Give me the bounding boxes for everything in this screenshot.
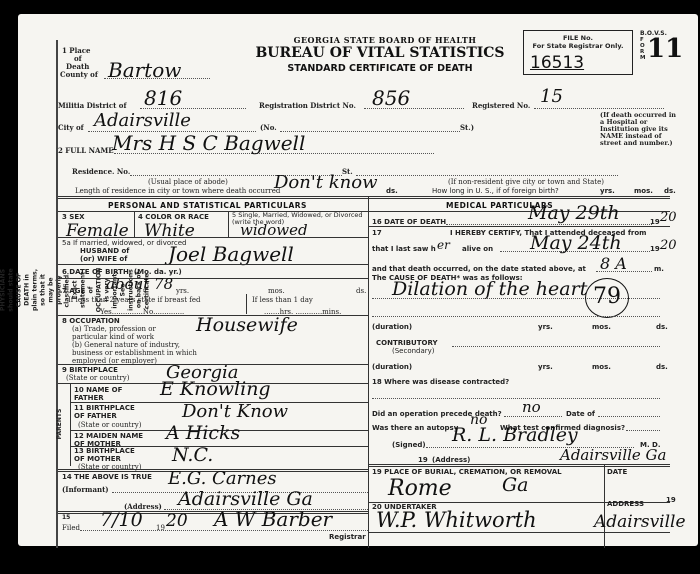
informant-heading: 14 THE ABOVE IS TRUE (62, 473, 152, 481)
militia-label: Militia District of (58, 102, 126, 110)
birthplace-sub: (State or country) (66, 374, 129, 382)
age-ds: ds. (356, 287, 366, 295)
breast-fed-label: If less than 2 years state if breast fed (68, 296, 201, 304)
physician-address-num: 19 (418, 456, 428, 464)
father-bp-sub: (State or country) (78, 421, 141, 429)
hospital-note: (If death occurred in a Hospital or Inst… (600, 112, 680, 147)
dod-year-prefix: 19 (650, 218, 660, 226)
father-bp-value: Don't Know (182, 401, 288, 422)
informant-value: E.G. Carnes (168, 468, 277, 489)
contracted-label: 18 Where was disease contracted? (372, 378, 509, 386)
date-of-death-value: May 29th (528, 202, 620, 224)
form-word: FORM (640, 37, 645, 61)
street-st-label: St.) (460, 124, 474, 132)
father-value: E Knowling (160, 378, 271, 400)
duration-mos: mos. (592, 323, 611, 331)
spouse-value: Joel Bagwell (168, 242, 294, 266)
usual-abode-note: (Usual place of abode) (148, 178, 228, 186)
sex-divider (134, 211, 135, 237)
undertaker-address-label: ADDRESS (607, 500, 644, 508)
signed-label: (Signed) (392, 441, 426, 449)
occurred-label: and that death occurred, on the date sta… (372, 265, 586, 273)
file-sub-label: For State Registrar Only. (524, 42, 632, 50)
last-saw-year-prefix: 19 (650, 245, 660, 253)
us-yrs: yrs. (600, 187, 615, 195)
filed-date: 7/10 (100, 509, 143, 531)
center-divider (368, 196, 369, 548)
time-m: m. (654, 265, 664, 273)
occupation-a-label: (a) Trade, profession or particular kind… (72, 325, 192, 341)
last-saw-date: May 24th (530, 232, 622, 254)
last-saw-year: 20 (660, 238, 677, 253)
filed-label: Filed (62, 524, 80, 532)
time-value: 8 A (600, 254, 627, 273)
bureau-title: BUREAU OF VITAL STATISTICS (230, 45, 530, 61)
alive-on-label: alive on (462, 245, 493, 253)
physician-address: Adairsville Ga (560, 446, 666, 464)
length-label: Length of residence in city or town wher… (75, 187, 280, 195)
undertaker-address: Adairsville (594, 512, 686, 532)
row-rule (58, 237, 368, 238)
duration2-ds: ds. (656, 363, 668, 371)
cause-line-2 (372, 316, 660, 317)
row-rule (368, 226, 670, 227)
duration2-mos: mos. (592, 363, 611, 371)
reg-district-label: Registration District No. (259, 102, 356, 110)
militia-value: 816 (144, 86, 182, 110)
us-mos: mos. (634, 187, 653, 195)
age-mos: mos. (268, 287, 285, 295)
parents-divider (70, 383, 71, 466)
informant-label: (Informant) (62, 486, 109, 494)
registered-line (534, 108, 664, 109)
section-rule (58, 196, 670, 199)
street-line (280, 131, 460, 132)
cause-value: Dilation of the heart (392, 278, 587, 300)
duration-label: (duration) (372, 323, 412, 331)
age-divider (246, 294, 247, 314)
file-label: FILE No. (524, 34, 632, 42)
us-ds: ds. (664, 187, 676, 195)
filed-year-prefix: 19 (156, 524, 165, 532)
date-of-line (598, 416, 660, 417)
registered-label: Registered No. (472, 102, 530, 110)
race-value: White (144, 221, 195, 241)
undertaker-name: W.P. Whitworth (376, 508, 537, 532)
last-saw-label: that I last saw h (372, 245, 436, 253)
physician-address-label: (Address) (432, 456, 470, 464)
filed-num: 15 (62, 514, 70, 522)
duration-yrs: yrs. (538, 323, 553, 331)
burial-date-label: DATE (607, 468, 627, 476)
age-label: 7 AGE (62, 287, 85, 295)
mother-bp-label: 13 BIRTHPLACE OF MOTHER (74, 447, 144, 463)
row-rule (58, 278, 368, 279)
city-label: City of (58, 124, 84, 132)
burial-place: Rome (388, 476, 452, 501)
file-number: 16513 (530, 53, 584, 73)
duration2-yrs: yrs. (538, 363, 553, 371)
date-of-death-line (446, 224, 652, 225)
occupation-label: 8 OCCUPATION (62, 317, 120, 325)
county-label: County of (60, 71, 98, 79)
cause-code: 79 (593, 284, 621, 309)
birthplace-label: 9 BIRTHPLACE (62, 366, 118, 374)
instructions-sidenote: N. B.—Every item of information should b… (22, 40, 56, 540)
operation-line (504, 416, 562, 417)
test-line (626, 430, 660, 431)
parents-label: PARENTS (56, 404, 64, 444)
father-label: 10 NAME OF FATHER (74, 386, 134, 402)
form-number: 11 (647, 34, 683, 64)
date-of-label: Date of (566, 410, 595, 418)
personal-heading: PERSONAL AND STATISTICAL PARTICULARS (108, 201, 307, 210)
registrar-label: Registrar (329, 533, 366, 541)
burial-divider (604, 464, 605, 548)
spouse-label-2: HUSBAND of (80, 247, 129, 255)
county-value: Bartow (108, 58, 181, 82)
sex-label: 3 SEX (62, 213, 85, 221)
residence-city-line (356, 175, 618, 176)
race-label: 4 COLOR OR RACE (138, 213, 209, 221)
us-label: How long in U. S., if of foreign birth? (432, 187, 559, 195)
file-number-box: FILE No. For State Registrar Only. 16513 (523, 30, 633, 75)
duration2-label: (duration) (372, 363, 412, 371)
nonresident-note: (If non-resident give city or town and S… (448, 178, 604, 186)
occupation-value: Housewife (196, 314, 298, 336)
contributory-label: CONTRIBUTORY (376, 339, 438, 347)
autopsy-label: Was there an autopsy (372, 424, 458, 432)
form-title: STANDARD CERTIFICATE OF DEATH (255, 63, 505, 74)
row-rule (58, 264, 368, 265)
registrar-signature: A W Barber (214, 507, 332, 531)
row-rule (368, 532, 670, 533)
age-value: about 78 (106, 275, 173, 293)
mother-bp-value: N.C. (172, 444, 213, 466)
registered-value: 15 (540, 86, 563, 107)
contributory-line (452, 346, 660, 347)
filed-year: 20 (166, 511, 188, 531)
contracted-line (372, 398, 660, 399)
physician-signature: R. L. Bradley (452, 424, 578, 446)
age-yrs: yrs. (176, 287, 189, 295)
last-saw-pronoun: er (437, 238, 450, 252)
length-value: Don't know (274, 172, 378, 193)
residence-label: Residence. No. (72, 168, 130, 176)
father-bp-label: 11 BIRTHPLACE OF FATHER (74, 404, 144, 420)
mother-value: A Hicks (166, 422, 240, 444)
less-day-label: If less than 1 day (252, 296, 313, 304)
sex-value: Female (66, 221, 129, 241)
full-name-value: Mrs H S C Bagwell (112, 131, 305, 155)
operation-value: no (522, 398, 541, 416)
date-of-death-label: 16 DATE OF DEATH (372, 218, 446, 226)
dod-year: 20 (660, 210, 677, 225)
spouse-label-3: (or) WIFE of (80, 255, 127, 263)
reg-district-value: 856 (372, 86, 410, 110)
full-name-label: 2 FULL NAME (58, 147, 114, 155)
board-title: GEORGIA STATE BOARD OF HEALTH (255, 35, 515, 45)
duration-ds: ds. (656, 323, 668, 331)
race-divider (228, 211, 229, 237)
certify-num: 17 (372, 229, 382, 237)
burial-label: 19 PLACE OF BURIAL, CREMATION, OR REMOVA… (372, 468, 562, 476)
row-rule (368, 464, 670, 467)
city-value: Adairsville (94, 110, 191, 131)
length-ds: ds. (386, 187, 398, 195)
contributory-sub: (Secondary) (392, 347, 435, 355)
burial-state: Ga (502, 474, 529, 496)
